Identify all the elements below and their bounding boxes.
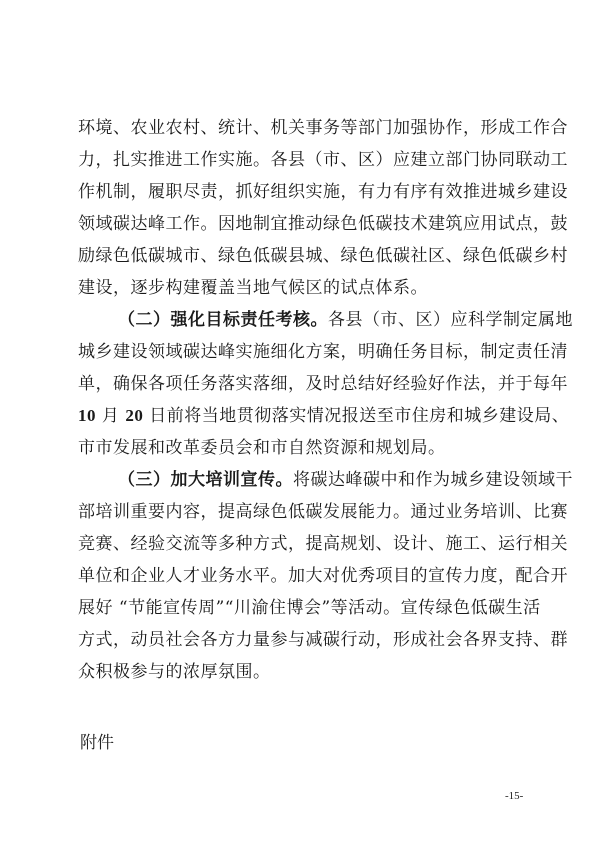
text-line: 力，扎实推进工作实施。各县（市、区）应建立部门协同联动工 (78, 144, 524, 176)
text-line: 作机制，履职尽责，抓好组织实施，有力有序有效推进城乡建设 (78, 176, 524, 208)
paragraph-2-first-line: （二）强化目标责任考核。各县（市、区）应科学制定属地 (78, 304, 524, 336)
text-span: 将碳达峰碳中和作为城乡建设领域干 (293, 470, 573, 490)
text-line: 市市发展和改革委员会和市自然资源和规划局。 (78, 432, 524, 464)
section-heading-2: （二）强化目标责任考核。 (118, 310, 328, 330)
text-line: 单位和企业人才业务水平。加大对优秀项目的宣传力度，配合开 (78, 560, 524, 592)
document-body: 环境、农业农村、统计、机关事务等部门加强协作，形成工作合 力，扎实推进工作实施。… (78, 112, 524, 688)
document-page: 环境、农业农村、统计、机关事务等部门加强协作，形成工作合 力，扎实推进工作实施。… (0, 0, 600, 848)
text-line: 方式，动员社会各方力量参与减碳行动，形成社会各界支持、群 (78, 624, 524, 656)
text-line: 部培训重要内容，提高绿色低碳发展能力。通过业务培训、比赛 (78, 496, 524, 528)
text-line: 竞赛、经验交流等多种方式，提高规划、设计、施工、运行相关 (78, 528, 524, 560)
text-span: 各县（市、区）应科学制定属地 (328, 310, 573, 330)
text-line: 众积极参与的浓厚氛围。 (78, 656, 524, 688)
text-line: 建设，逐步构建覆盖当地气候区的试点体系。 (78, 272, 524, 304)
attachment-label: 附件 (80, 728, 114, 753)
text-line: 领域碳达峰工作。因地制宜推动绿色低碳技术建筑应用试点，鼓 (78, 208, 524, 240)
text-line: 单，确保各项任务落实落细，及时总结好经验好作法，并于每年 (78, 368, 524, 400)
text-line: 展好 “节能宣传周”“川渝住博会”等活动。宣传绿色低碳生活 (78, 592, 524, 624)
text-line: 城乡建设领域碳达峰实施细化方案，明确任务目标，制定责任清 (78, 336, 524, 368)
date-line: 10 月 20 日前将当地贯彻落实情况报送至市住房和城乡建设局、 (78, 400, 524, 432)
text-span: 日前将当地贯彻落实情况报送至市住房和城乡建设局、 (143, 406, 569, 426)
month-number: 10 (78, 406, 96, 425)
day-number: 20 (125, 406, 143, 425)
text-line: 励绿色低碳城市、绿色低碳县城、绿色低碳社区、绿色低碳乡村 (78, 240, 524, 272)
paragraph-3-first-line: （三）加大培训宣传。将碳达峰碳中和作为城乡建设领域干 (78, 464, 524, 496)
month-unit: 月 (96, 406, 125, 426)
section-heading-3: （三）加大培训宣传。 (118, 470, 293, 490)
text-line: 环境、农业农村、统计、机关事务等部门加强协作，形成工作合 (78, 112, 524, 144)
page-number: -15- (505, 790, 523, 802)
